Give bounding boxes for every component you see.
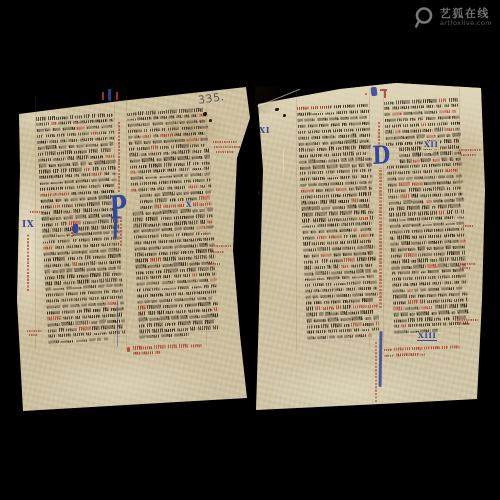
margin-gloss	[455, 319, 478, 321]
text-column	[127, 108, 220, 342]
running-header-mark	[384, 91, 386, 98]
margin-gloss	[208, 263, 220, 265]
chapter-numeral-xiii: XIII	[417, 332, 437, 341]
margin-gloss	[461, 154, 476, 156]
margin-gloss	[460, 267, 471, 269]
auction-photo: 艺狐在线 artfoxlive.com P D IX X XI XII XIII…	[0, 0, 500, 500]
ink-spot	[258, 191, 260, 195]
small-initial	[73, 224, 78, 233]
margin-gloss	[214, 146, 241, 148]
artfox-logo-icon	[413, 6, 434, 29]
running-header-mark	[371, 87, 378, 97]
penwork-flourish	[117, 300, 118, 346]
margin-gloss	[216, 151, 234, 153]
margin-gloss	[210, 245, 231, 247]
script-line	[307, 333, 379, 340]
margin-gloss	[211, 251, 224, 253]
scratch-mark	[283, 150, 284, 172]
running-header-mark	[102, 92, 104, 100]
script-line	[384, 351, 462, 357]
margin-gloss	[459, 149, 481, 151]
text-column	[384, 98, 470, 337]
chapter-numeral-xii: XII	[423, 141, 439, 149]
running-header-mark	[365, 93, 367, 95]
running-header-mark	[108, 89, 111, 101]
penwork-flourish	[27, 233, 29, 291]
margin-gloss	[457, 323, 470, 325]
margin-gloss	[30, 211, 43, 213]
watermark-url: artfoxlive.com	[440, 20, 492, 27]
illuminated-initial-d: D	[372, 142, 390, 168]
small-initial-penwork	[71, 226, 73, 237]
watermark-title: 艺狐在线	[440, 8, 492, 20]
illuminated-initial-p: P	[109, 191, 128, 224]
chapter-numeral-xi: XI	[259, 126, 270, 134]
watermark: 艺狐在线 artfoxlive.com	[413, 6, 492, 29]
chapter-numeral-ix: IX	[22, 221, 34, 230]
ruling-line	[296, 88, 297, 350]
margin-gloss	[27, 330, 42, 332]
margin-gloss	[213, 141, 237, 143]
ruling-line	[383, 88, 384, 346]
ruling-line	[35, 96, 36, 350]
text-column	[36, 113, 126, 347]
margin-gloss	[458, 263, 475, 265]
margin-gloss	[29, 334, 38, 336]
script-line	[133, 349, 203, 356]
text-column	[297, 104, 380, 343]
margin-gloss	[463, 225, 473, 227]
penwork-flourish	[118, 122, 120, 192]
penwork-flourish	[379, 168, 382, 308]
rubric-paraph	[127, 347, 130, 352]
penwork-flourish	[375, 342, 377, 402]
chapter-numeral-x: X	[185, 201, 193, 208]
running-header-mark	[116, 92, 118, 100]
